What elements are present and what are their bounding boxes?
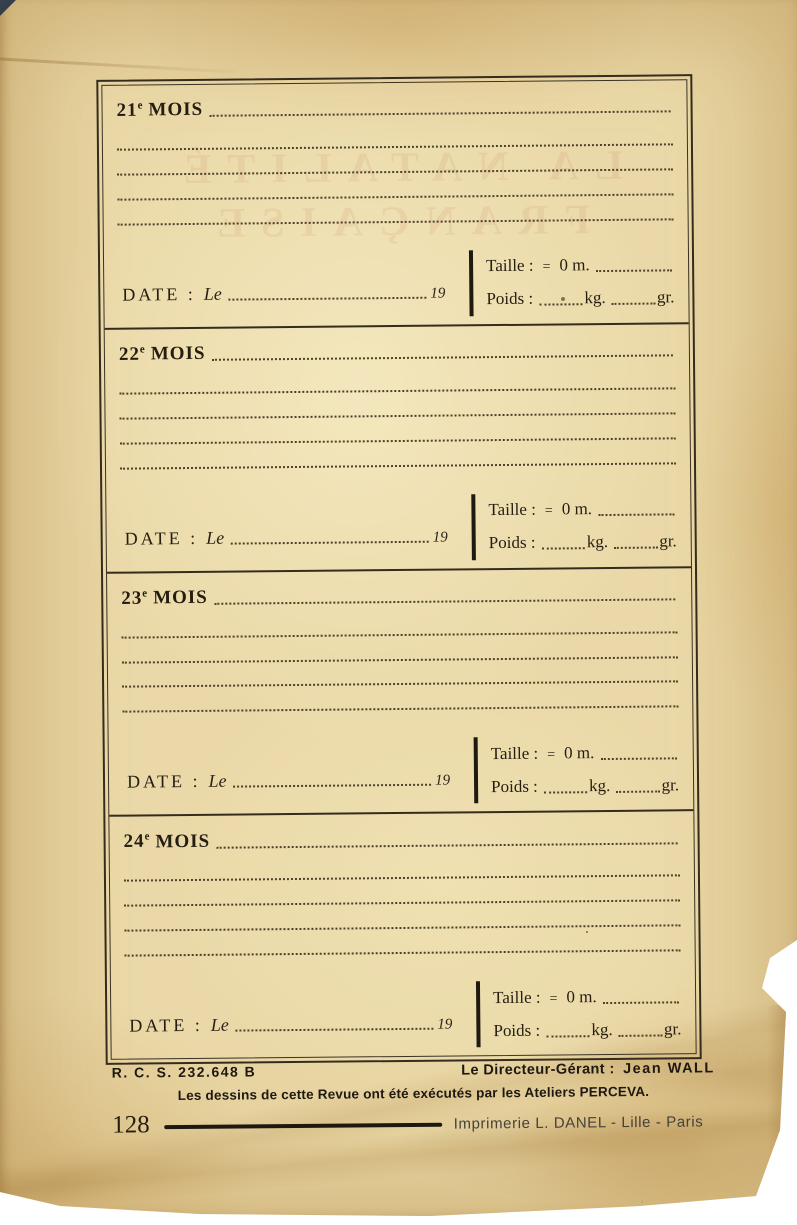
dotted-rule — [124, 924, 680, 932]
footer-row-3: 128 Imprimerie L. DANEL - Lille - Paris — [112, 1106, 715, 1139]
taille-label: Taille : — [491, 743, 539, 763]
month-ordinal: 22 — [119, 344, 140, 365]
torn-edge — [767, 1005, 793, 1200]
poids-label: Poids : — [491, 776, 538, 796]
entry-row: DATE : Le 19 Taille : = 0 m. — [125, 979, 682, 1050]
poids-field: Poids : kg. gr. — [486, 288, 674, 310]
month-section-22: 22eMOIS DATE : Le 19 — [105, 322, 691, 571]
taille-label: Taille : — [486, 256, 534, 276]
month-ordinal-suffix: e — [137, 99, 142, 111]
poids-dotted-leader — [612, 303, 655, 305]
month-word: MOIS — [148, 99, 203, 121]
director-label: Le Directeur-Gérant : — [461, 1061, 615, 1078]
dotted-rule — [119, 386, 675, 394]
dotted-rule — [117, 192, 673, 200]
taille-value: 0 m. — [562, 499, 592, 519]
month-ordinal-suffix: e — [140, 343, 145, 355]
month-title: 22eMOIS — [119, 343, 206, 366]
date-label: DATE : — [122, 284, 196, 306]
month-word: MOIS — [155, 830, 210, 852]
taille-equals: = — [549, 991, 557, 1007]
taille-value: 0 m. — [564, 743, 594, 763]
date-year: 19 — [437, 1017, 452, 1034]
ruled-lines — [121, 608, 678, 735]
date-year: 19 — [435, 773, 450, 790]
month-word: MOIS — [153, 587, 208, 609]
dotted-rule — [120, 411, 676, 419]
taille-dotted-leader — [598, 513, 674, 516]
taille-value: 0 m. — [559, 255, 589, 275]
date-field: DATE : Le 19 — [123, 738, 475, 807]
measurements-block: Taille : = 0 m. Poids : kg. gr. — [474, 736, 680, 804]
date-year: 19 — [430, 285, 445, 302]
month-title: 24eMOIS — [123, 830, 210, 853]
month-word: MOIS — [151, 343, 206, 365]
month-title-row: 22eMOIS — [119, 324, 675, 366]
poids-dotted-leader — [544, 791, 587, 793]
taille-field: Taille : = 0 m. — [491, 742, 679, 764]
ruled-lines — [124, 852, 681, 979]
date-dotted-leader — [233, 784, 432, 788]
dotted-rule — [122, 630, 678, 638]
entry-row: DATE : Le 19 Taille : = 0 m. — [123, 736, 680, 807]
taille-equals: = — [542, 260, 550, 276]
dotted-rule — [120, 436, 676, 444]
month-section-24: 24eMOIS DATE : Le 19 — [109, 809, 695, 1058]
month-title-row: 23eMOIS — [121, 568, 677, 610]
entry-row: DATE : Le 19 Taille : = 0 m. — [120, 492, 677, 563]
date-dotted-leader — [230, 540, 429, 544]
ruled-lines — [119, 364, 676, 491]
month-ordinal: 21 — [116, 100, 137, 121]
date-year: 19 — [433, 529, 448, 546]
measurements-block: Taille : = 0 m. Poids : kg. gr. — [469, 248, 675, 316]
dotted-rule — [122, 705, 678, 713]
record-frame-inner: LA NATALITÉ FRANÇAISE 21eMOIS — [101, 79, 696, 1060]
dotted-leader — [209, 111, 670, 117]
poids-gr: gr. — [662, 775, 680, 795]
taille-dotted-leader — [596, 270, 672, 273]
month-title-row: 21eMOIS — [116, 80, 672, 122]
poids-kg: kg. — [591, 1019, 612, 1039]
date-le: Le — [208, 771, 226, 792]
poids-kg: kg. — [587, 532, 608, 552]
taille-label: Taille : — [488, 500, 536, 520]
month-ordinal-suffix: e — [144, 831, 149, 843]
date-field: DATE : Le 19 — [118, 250, 470, 319]
poids-kg: kg. — [589, 776, 610, 796]
date-field: DATE : Le 19 — [125, 981, 477, 1050]
ruled-lines — [117, 121, 674, 248]
director-line: Le Directeur-Gérant : Jean WALL — [461, 1060, 715, 1078]
date-field: DATE : Le 19 — [120, 494, 472, 563]
page-number: 128 — [112, 1111, 150, 1139]
poids-dotted-leader — [539, 303, 582, 305]
date-dotted-leader — [228, 296, 427, 300]
taille-field: Taille : = 0 m. — [486, 255, 674, 277]
month-title: 23eMOIS — [121, 586, 208, 609]
month-ordinal: 24 — [123, 831, 144, 852]
dotted-rule — [117, 143, 673, 151]
dotted-rule — [117, 167, 673, 175]
measurements-block: Taille : = 0 m. Poids : kg. gr. — [476, 979, 682, 1047]
printer-line: Imprimerie L. DANEL - Lille - Paris — [454, 1113, 704, 1132]
taille-equals: = — [545, 504, 553, 520]
month-ordinal: 23 — [121, 587, 142, 608]
date-dotted-leader — [235, 1028, 434, 1032]
footer-rule — [164, 1123, 442, 1129]
poids-field: Poids : kg. gr. — [489, 531, 677, 553]
poids-dotted-leader — [619, 1034, 662, 1036]
date-le: Le — [206, 527, 224, 548]
poids-dotted-leader — [616, 790, 659, 792]
measurements-block: Taille : = 0 m. Poids : kg. gr. — [471, 492, 677, 560]
date-label: DATE : — [129, 1015, 203, 1037]
record-frame: LA NATALITÉ FRANÇAISE 21eMOIS — [96, 74, 701, 1065]
poids-kg: kg. — [584, 288, 605, 308]
paper-crease — [0, 57, 235, 73]
dotted-rule — [124, 874, 680, 882]
dotted-rule — [122, 655, 678, 663]
date-label: DATE : — [125, 527, 199, 549]
dotted-rule — [124, 899, 680, 907]
date-le: Le — [211, 1015, 229, 1036]
poids-field: Poids : kg. gr. — [493, 1019, 681, 1041]
poids-label: Poids : — [493, 1020, 540, 1040]
poids-gr: gr. — [657, 288, 675, 308]
credits-line: Les dessins de cette Revue ont été exécu… — [112, 1083, 715, 1103]
poids-gr: gr. — [664, 1019, 682, 1039]
month-ordinal-suffix: e — [142, 587, 147, 599]
poids-dotted-leader — [542, 547, 585, 549]
taille-field: Taille : = 0 m. — [493, 986, 681, 1008]
date-label: DATE : — [127, 771, 201, 793]
taille-field: Taille : = 0 m. — [488, 498, 676, 520]
dotted-rule — [125, 948, 681, 956]
month-section-23: 23eMOIS DATE : Le 19 — [107, 566, 693, 815]
dotted-leader — [214, 598, 675, 604]
taille-label: Taille : — [493, 987, 541, 1007]
poids-dotted-leader — [614, 547, 657, 549]
footer: R. C. S. 232.648 B Le Directeur-Gérant :… — [112, 1059, 716, 1139]
rcs-number: R. C. S. 232.648 B — [112, 1063, 257, 1080]
taille-value: 0 m. — [566, 987, 596, 1007]
poids-dotted-leader — [546, 1035, 589, 1037]
dotted-rule — [120, 461, 676, 469]
poids-gr: gr. — [659, 531, 677, 551]
month-section-21: 21eMOIS DATE : Le 19 — [102, 80, 688, 327]
dotted-leader — [212, 354, 673, 360]
dotted-rule — [122, 680, 678, 688]
taille-equals: = — [547, 747, 555, 763]
date-le: Le — [204, 283, 222, 304]
director-name: Jean WALL — [623, 1060, 715, 1077]
taille-dotted-leader — [600, 757, 676, 760]
paper-sheet: LA NATALITÉ FRANÇAISE 21eMOIS — [0, 0, 797, 1225]
poids-field: Poids : kg. gr. — [491, 775, 679, 797]
dotted-leader — [216, 842, 677, 848]
month-title-row: 24eMOIS — [123, 812, 679, 854]
dotted-rule — [118, 217, 674, 225]
poids-label: Poids : — [486, 289, 533, 309]
entry-row: DATE : Le 19 Taille : = 0 m. — [118, 248, 675, 319]
poids-label: Poids : — [489, 533, 536, 553]
scanned-page: LA NATALITÉ FRANÇAISE 21eMOIS — [0, 0, 797, 1225]
month-title: 21eMOIS — [116, 99, 203, 122]
taille-dotted-leader — [603, 1001, 679, 1004]
